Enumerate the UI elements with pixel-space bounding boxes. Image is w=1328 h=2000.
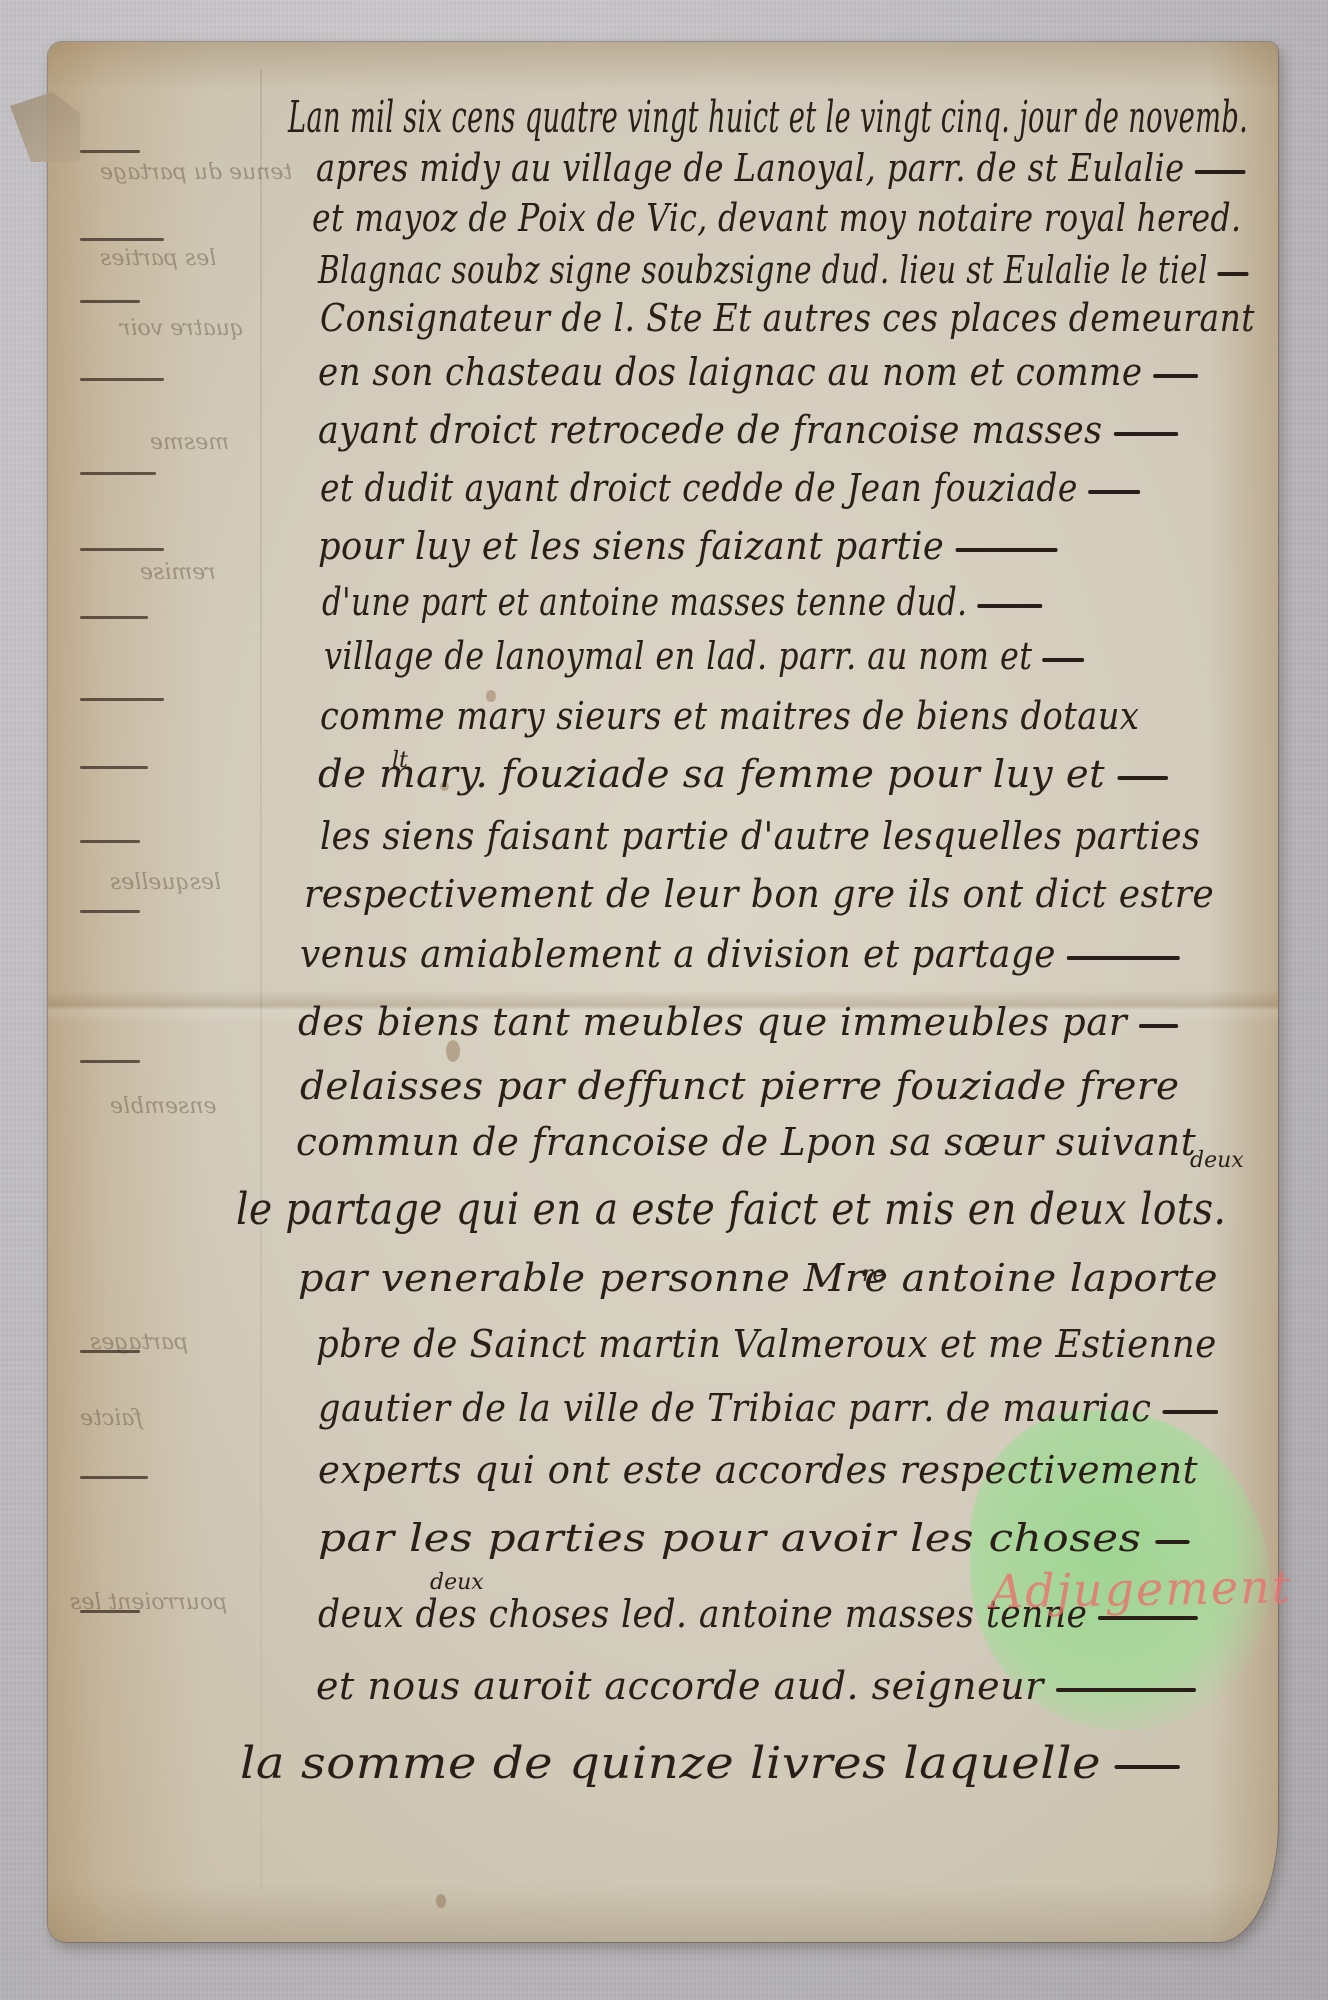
manuscript-line: venus amiablement a division et partage	[300, 932, 1180, 976]
margin-dash-stroke	[80, 766, 148, 769]
bleedthrough-text: ensemble	[110, 1094, 217, 1119]
line-filler-stroke	[977, 604, 1042, 608]
bleedthrough-text: lesquelles	[110, 870, 221, 895]
margin-dash-stroke	[80, 548, 164, 551]
manuscript-line: et mayoz de Poix de Vic, devant moy nota…	[312, 196, 1241, 240]
margin-dash-stroke	[80, 616, 148, 619]
superscript-abbreviation: re	[862, 1262, 886, 1287]
manuscript-line-text: des biens tant meubles que immeubles par	[298, 1000, 1127, 1044]
manuscript-line-text: commun de francoise de Lpon sa sœur suiv…	[296, 1120, 1196, 1164]
line-filler-stroke	[1114, 432, 1178, 436]
bleedthrough-text: remise	[140, 560, 216, 585]
manuscript-line-text: pbre de Sainct martin Valmeroux et me Es…	[316, 1322, 1217, 1366]
manuscript-line-text: par les parties pour avoir les choses	[318, 1516, 1142, 1560]
manuscript-line-text: de mary. fouziade sa femme pour luy et	[318, 752, 1105, 796]
manuscript-line-text: en son chasteau dos laignac au nom et co…	[318, 350, 1142, 394]
manuscript-line-text: par venerable personne Mre antoine lapor…	[298, 1256, 1218, 1300]
manuscript-line-text: respectivement de leur bon gre ils ont d…	[304, 872, 1214, 916]
manuscript-line: experts qui ont este accordes respective…	[318, 1448, 1198, 1492]
manuscript-line-text: gautier de la ville de Tribiac parr. de …	[318, 1386, 1151, 1430]
bleedthrough-text: tenue du partage	[100, 160, 292, 185]
manuscript-line-text: ayant droict retrocede de francoise mass…	[318, 408, 1103, 452]
manuscript-line: par venerable personne Mre antoine lapor…	[298, 1256, 1218, 1300]
manuscript-line: commun de francoise de Lpon sa sœur suiv…	[296, 1120, 1196, 1164]
manuscript-line-text: d'une part et antoine masses tenne dud.	[322, 580, 967, 624]
manuscript-line: de mary. fouziade sa femme pour luy et	[318, 752, 1168, 796]
superscript-abbreviation: lt	[392, 748, 408, 773]
manuscript-line: en son chasteau dos laignac au nom et co…	[318, 350, 1198, 394]
superscript-abbreviation: deux	[430, 1570, 484, 1595]
manuscript-line-text: Lan mil six cens quatre vingt huict et l…	[288, 92, 1248, 143]
manuscript-line-text: et mayoz de Poix de Vic, devant moy nota…	[312, 196, 1241, 240]
manuscript-line: comme mary sieurs et maitres de biens do…	[320, 694, 1139, 738]
line-filler-stroke	[1088, 490, 1140, 494]
manuscript-line-text: delaisses par deffunct pierre fouziade f…	[300, 1064, 1180, 1108]
manuscript-line: la somme de quinze livres laquelle	[240, 1738, 1180, 1789]
line-filler-stroke	[1195, 170, 1246, 174]
margin-dash-stroke	[80, 1060, 140, 1063]
manuscript-line: gautier de la ville de Tribiac parr. de …	[318, 1386, 1218, 1430]
margin-rule	[260, 70, 262, 1890]
adjugement-overlay: Adjugement	[990, 1559, 1293, 1618]
manuscript-line-text: deux des choses led. antoine masses tenn…	[318, 1592, 1087, 1636]
manuscript-line: les siens faisant partie d'autre lesquel…	[320, 814, 1200, 858]
bleedthrough-text: les parties	[100, 246, 216, 271]
line-filler-stroke	[1056, 1688, 1196, 1692]
manuscript-line: Blagnac soubz signe soubzsigne dud. lieu…	[318, 248, 1248, 292]
margin-dash-stroke	[80, 238, 164, 241]
line-filler-stroke	[1114, 1765, 1180, 1769]
manuscript-line-text: et dudit ayant droict cedde de Jean fouz…	[320, 466, 1078, 510]
margin-dash-stroke	[80, 300, 140, 303]
margin-dash-stroke	[80, 910, 140, 913]
manuscript-line: Consignateur de l. Ste Et autres ces pla…	[320, 296, 1255, 340]
margin-dash-stroke	[80, 472, 156, 475]
manuscript-line: pbre de Sainct martin Valmeroux et me Es…	[316, 1322, 1217, 1366]
line-filler-stroke	[1163, 1410, 1219, 1414]
line-filler-stroke	[1117, 776, 1168, 780]
superscript-abbreviation: deux	[1190, 1148, 1244, 1173]
line-filler-stroke	[955, 548, 1057, 552]
manuscript-line-text: la somme de quinze livres laquelle	[240, 1738, 1101, 1789]
manuscript-line-text: Consignateur de l. Ste Et autres ces pla…	[320, 296, 1255, 340]
manuscript-line: respectivement de leur bon gre ils ont d…	[304, 872, 1214, 916]
manuscript-line: et dudit ayant droict cedde de Jean fouz…	[320, 466, 1140, 510]
bleedthrough-text: mesme	[150, 430, 229, 455]
margin-dash-stroke	[80, 378, 164, 381]
manuscript-line-text: comme mary sieurs et maitres de biens do…	[320, 694, 1139, 738]
manuscript-line-text: apres midy au village de Lanoyal, parr. …	[316, 146, 1185, 190]
manuscript-line-text: village de lanoymal en lad. parr. au nom…	[324, 634, 1033, 678]
margin-dash-stroke	[80, 150, 140, 153]
line-filler-stroke	[1067, 956, 1180, 960]
line-filler-stroke	[1155, 1540, 1190, 1544]
margin-dash-stroke	[80, 698, 164, 701]
manuscript-line-text: le partage qui en a este faict et mis en…	[236, 1184, 1226, 1235]
manuscript-line-text: venus amiablement a division et partage	[300, 932, 1056, 976]
line-filler-stroke	[1153, 374, 1198, 378]
margin-dash-stroke	[80, 1476, 148, 1479]
manuscript-line: Lan mil six cens quatre vingt huict et l…	[288, 92, 1248, 143]
margin-dash-stroke	[80, 840, 140, 843]
manuscript-line: ayant droict retrocede de francoise mass…	[318, 408, 1178, 452]
manuscript-line-text: pour luy et les siens faizant partie	[318, 524, 944, 568]
margin-dash-stroke	[80, 1610, 140, 1613]
manuscript-line: par les parties pour avoir les choses	[318, 1516, 1190, 1560]
line-filler-stroke	[1043, 658, 1085, 662]
manuscript-line-text: les siens faisant partie d'autre lesquel…	[320, 814, 1200, 858]
line-filler-stroke	[1139, 1024, 1178, 1028]
foxing-spot	[436, 1894, 446, 1908]
manuscript-line: d'une part et antoine masses tenne dud.	[322, 580, 1042, 624]
manuscript-line-text: experts qui ont este accordes respective…	[318, 1448, 1198, 1492]
margin-dash-stroke	[80, 1350, 140, 1353]
manuscript-line-text: et nous auroit accorde aud. seigneur	[316, 1664, 1044, 1708]
manuscript-line: des biens tant meubles que immeubles par	[298, 1000, 1178, 1044]
manuscript-line: et nous auroit accorde aud. seigneur	[316, 1664, 1196, 1708]
manuscript-line: delaisses par deffunct pierre fouziade f…	[300, 1064, 1180, 1108]
manuscript-line: pour luy et les siens faizant partie	[318, 524, 1057, 568]
bleedthrough-text: quatre voir	[120, 316, 244, 341]
line-filler-stroke	[1217, 272, 1248, 276]
manuscript-line: le partage qui en a este faict et mis en…	[236, 1184, 1226, 1235]
manuscript-line-text: Blagnac soubz signe soubzsigne dud. lieu…	[318, 248, 1208, 292]
manuscript-line: village de lanoymal en lad. parr. au nom…	[324, 634, 1085, 678]
manuscript-line: apres midy au village de Lanoyal, parr. …	[316, 146, 1245, 190]
bleedthrough-text: faicte	[80, 1406, 142, 1431]
